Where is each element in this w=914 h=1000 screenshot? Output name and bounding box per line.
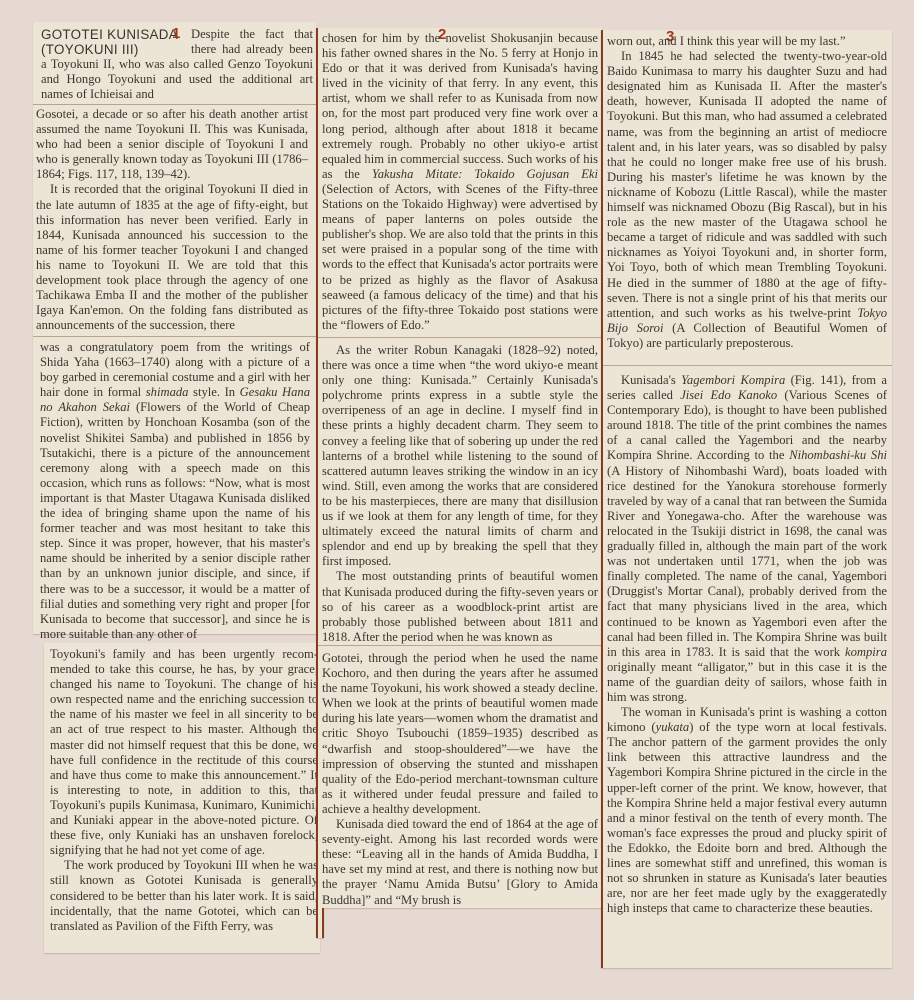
paragraph: worn out, and I think this year will be …: [607, 34, 887, 49]
paragraph: The most outstanding prints of beautiful…: [322, 569, 598, 644]
column-1-main: Gosotei, a decade or so after his death …: [36, 107, 308, 333]
heading-line-2: (TOYOKUNI III): [41, 42, 181, 57]
column-1-quote: was a congratulatory poem from the writi…: [40, 340, 310, 642]
paragraph: Kunisada died toward the end of 1864 at …: [322, 817, 598, 908]
article-heading: GOTOTEI KUNISADA (TOYOKUNI III): [41, 27, 181, 57]
paragraph: Gosotei, a decade or so after his death …: [36, 107, 308, 182]
paragraph: The woman in Kunisada's print is washing…: [607, 705, 887, 916]
column-1-bottom: Toyokuni's family and has been urgently …: [50, 647, 318, 934]
pen-mark-1: 1: [172, 26, 180, 41]
clip-seam: [33, 336, 316, 337]
column-3-top: worn out, and I think this year will be …: [607, 34, 887, 351]
paragraph: was a congratulatory poem from the writi…: [40, 340, 310, 642]
paragraph: Kunisada's Yagembori Kompira (Fig. 141),…: [607, 373, 887, 705]
clipping-col2-tail: [316, 908, 324, 938]
paragraph: The work produced by Toyokuni III when h…: [50, 858, 318, 933]
clip-seam: [318, 337, 602, 338]
paragraph: chosen for him by the novelist Shokusanj…: [322, 31, 598, 333]
clip-seam: [318, 645, 602, 646]
column-2-mid: As the writer Robun Kanagaki (1828–92) n…: [322, 343, 598, 645]
paragraph: As the writer Robun Kanagaki (1828–92) n…: [322, 343, 598, 569]
clip-seam: [33, 104, 316, 105]
column-2-top: chosen for him by the novelist Shokusanj…: [322, 31, 598, 333]
heading-line-1: GOTOTEI KUNISADA: [41, 27, 181, 42]
column-2-bottom: Gototei, through the period when he used…: [322, 651, 598, 908]
paragraph: In 1845 he had selected the twenty-two-y…: [607, 49, 887, 351]
paragraph: Gototei, through the period when he used…: [322, 651, 598, 817]
column-3-bottom: Kunisada's Yagembori Kompira (Fig. 141),…: [607, 373, 887, 916]
paragraph: It is recorded that the original Toyokun…: [36, 182, 308, 333]
paragraph: Toyokuni's family and has been urgently …: [50, 647, 318, 858]
clip-seam: [603, 365, 892, 366]
